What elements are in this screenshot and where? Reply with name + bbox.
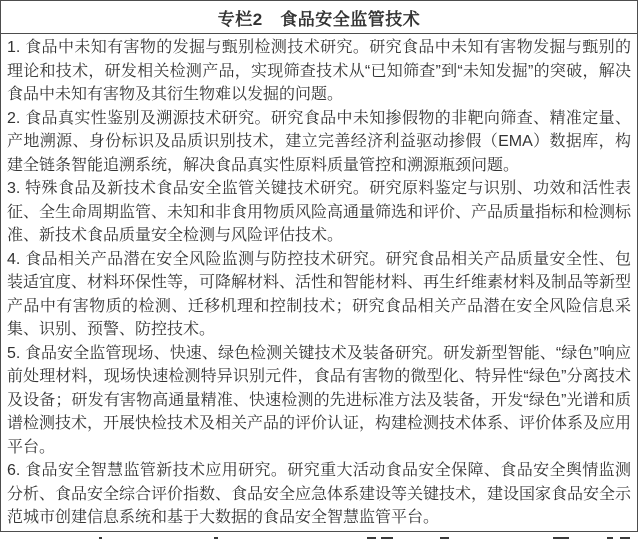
paragraph-4: 4. 食品相关产品潜在安全风险监测与防控技术研究。研究食品相关产品质量安全性、包… [7, 248, 631, 342]
callout-box: 专栏2 食品安全监管技术 1. 食品中未知有害物的发掘与甄别检测技术研究。研究食… [0, 0, 638, 532]
paragraph-2: 2. 食品真实性鉴别及溯源技术研究。研究食品中未知掺假物的非靶向筛查、精准定量、… [7, 107, 631, 178]
box-title: 专栏2 食品安全监管技术 [1, 1, 637, 34]
paragraph-6: 6. 食品安全智慧监管新技术应用研究。研究重大活动食品安全保障、食品安全舆情监测… [7, 459, 631, 530]
paragraph-3: 3. 特殊食品及新技术食品安全监管关键技术研究。研究原料鉴定与识别、功效和活性表… [7, 177, 631, 248]
paragraph-5: 5. 食品安全监管现场、快速、绿色检测关键技术及装备研究。研发新型智能、“绿色”… [7, 342, 631, 460]
paragraph-1: 1. 食品中未知有害物的发掘与甄别检测技术研究。研究食品中未知有害物发掘与甄别的… [7, 36, 631, 107]
box-body: 1. 食品中未知有害物的发掘与甄别检测技术研究。研究食品中未知有害物发掘与甄别的… [1, 34, 637, 530]
